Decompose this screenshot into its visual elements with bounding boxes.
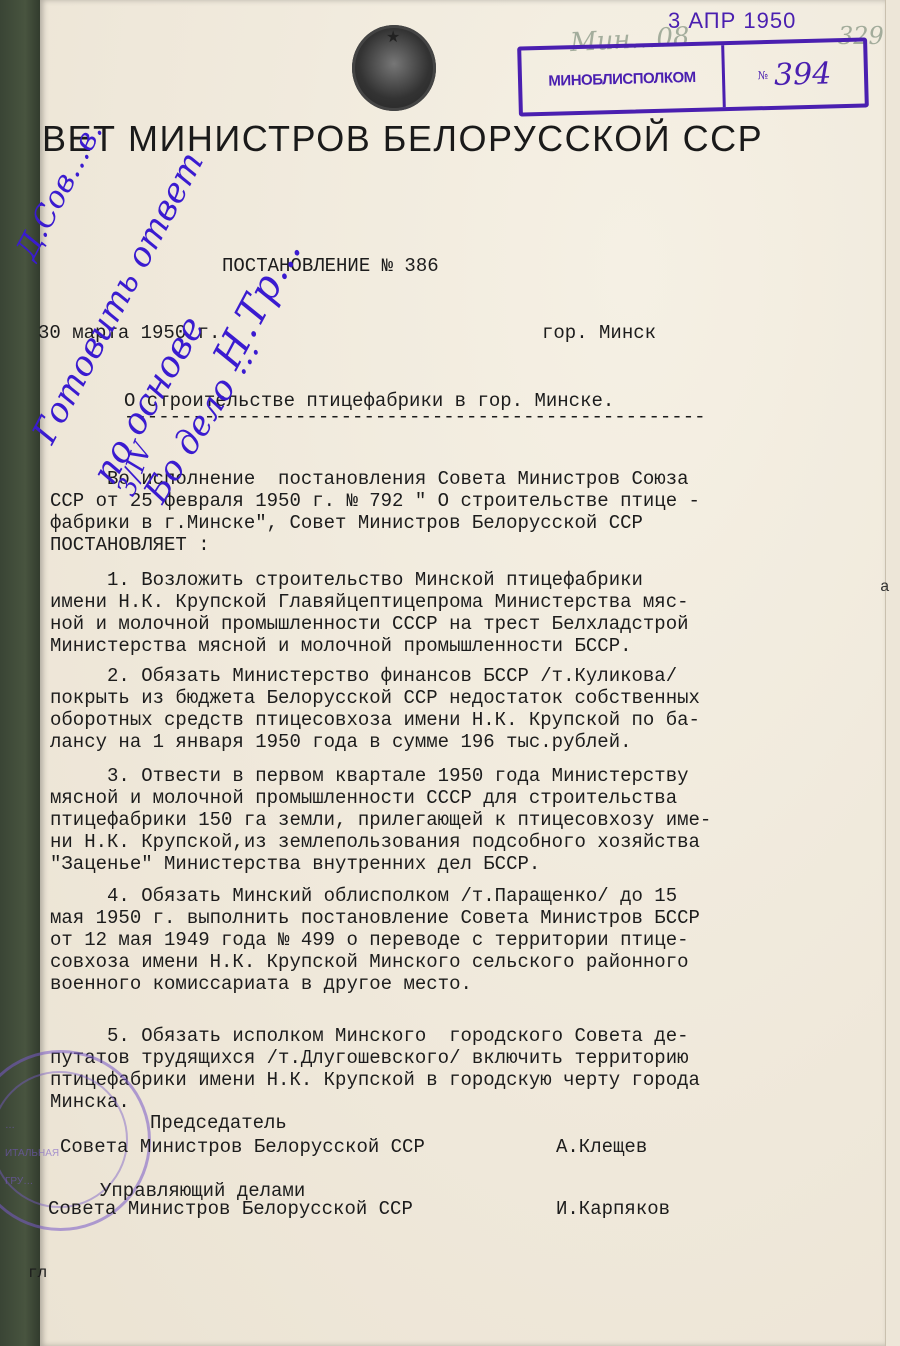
- signature-title-chairman: Председатель: [150, 1112, 287, 1134]
- seal-text: …ИТАЛЬНАЯ ГРУ…: [5, 1112, 60, 1196]
- seal-text-fragment: …ИТАЛЬНАЯ: [5, 1120, 59, 1159]
- registration-stamp-date: 3 АПР 1950: [668, 8, 796, 34]
- signature-organization-chairman: Совета Министров Белорусской ССР: [60, 1136, 425, 1158]
- letterhead-title: ВЕТ МИНИСТРОВ БЕЛОРУССКОЙ ССР: [42, 118, 763, 160]
- stamp-number: 394: [774, 56, 832, 92]
- item-4-paragraph: 4. Обязать Минский облисполком /т.Параще…: [50, 885, 700, 995]
- resolution-city: гор. Минск: [542, 322, 656, 344]
- margin-mark: а: [880, 578, 890, 596]
- page-edge: [885, 0, 900, 1346]
- signature-name-chairman: А.Клещев: [556, 1136, 647, 1158]
- signature-organization-manager: Совета Министров Белорусской ССР: [48, 1198, 413, 1220]
- state-emblem-icon: ★: [352, 25, 436, 111]
- typist-mark: гл: [28, 1262, 47, 1284]
- item-1-paragraph: 1. Возложить строительство Минской птице…: [50, 569, 689, 657]
- seal-text-fragment: ГРУ…: [5, 1176, 33, 1187]
- item-5-paragraph: 5. Обязать исполком Минского городского …: [50, 1025, 700, 1113]
- number-sign: №: [757, 69, 768, 82]
- item-2-paragraph: 2. Обязать Министерство финансов БССР /т…: [50, 665, 700, 753]
- stamp-organization: МИНОБЛИСПОЛКОМ: [521, 45, 726, 112]
- star-icon: ★: [386, 27, 400, 46]
- item-3-paragraph: 3. Отвести в первом квартале 1950 года М…: [50, 765, 711, 875]
- signature-name-manager: И.Карпяков: [556, 1198, 670, 1220]
- stamp-number-cell: № 394: [724, 42, 865, 108]
- registration-stamp: МИНОБЛИСПОЛКОМ № 394: [517, 37, 869, 116]
